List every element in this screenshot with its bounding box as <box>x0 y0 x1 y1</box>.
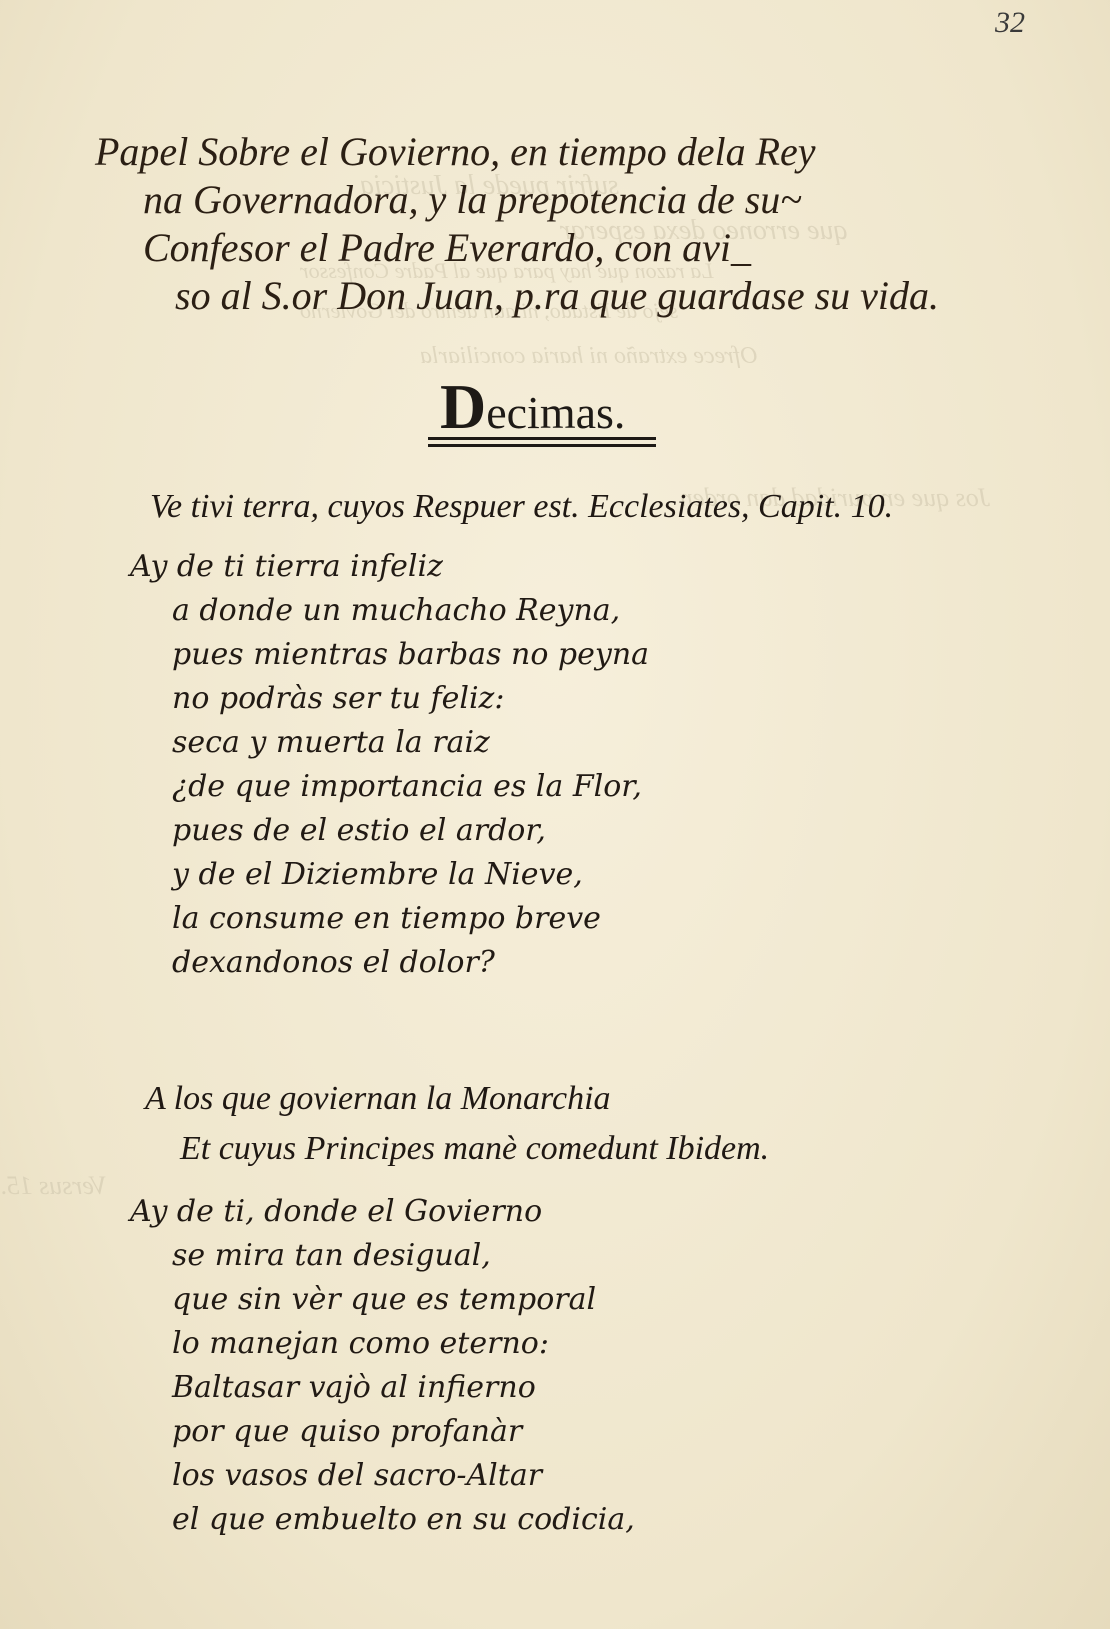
heading-double-underline <box>428 437 656 447</box>
verse-line: Ay de ti, donde el Govierno <box>130 1190 635 1234</box>
title-line: Papel Sobre el Govierno, en tiempo dela … <box>95 128 995 176</box>
verse-line: Ay de ti tierra infeliz <box>130 545 649 589</box>
verse-line: dexandonos el dolor? <box>172 941 649 985</box>
verse-line: Baltasar vajò al infierno <box>172 1366 635 1410</box>
stanza-2: Ay de ti, donde el Govierno se mira tan … <box>130 1190 635 1542</box>
interlude-line-1: A los que goviernan la Monarchia <box>145 1080 611 1118</box>
stanza-1: Ay de ti tierra infeliz a donde un mucha… <box>130 545 649 985</box>
title-line: na Governadora, y la prepotencia de su~ <box>95 176 995 224</box>
bleed-line: Versus 15. <box>0 1171 107 1200</box>
verse-line: ¿de que importancia es la Flor, <box>172 765 649 809</box>
page-number: 32 <box>995 6 1025 40</box>
verse-line: seca y muerta la raiz <box>172 721 649 765</box>
title-line: so al S.or Don Juan, p.ra que guardase s… <box>95 272 995 320</box>
heading-initial: D <box>440 371 486 442</box>
heading-text: ecimas. <box>486 387 625 438</box>
bleed-margin-note: Versus 15. <box>0 1120 133 1252</box>
verse-line: lo manejan como eterno: <box>172 1322 635 1366</box>
verse-line: y de el Diziembre la Nieve, <box>172 853 649 897</box>
verse-line: no podràs ser tu feliz: <box>172 677 649 721</box>
verse-line: por que quiso profanàr <box>172 1410 635 1454</box>
verse-line: que sin vèr que es temporal <box>172 1278 635 1322</box>
document-title: Papel Sobre el Govierno, en tiempo dela … <box>95 128 995 320</box>
verse-line: pues mientras barbas no peyna <box>172 633 649 677</box>
title-line: Confesor el Padre Everardo, con avi_ <box>95 224 995 272</box>
verse-line: pues de el estio el ardor, <box>172 809 649 853</box>
epigraph: Ve tivi terra, cuyos Respuer est. Eccles… <box>150 488 893 526</box>
verse-line: a donde un muchacho Reyna, <box>172 589 649 633</box>
verse-line: la consume en tiempo breve <box>172 897 649 941</box>
verse-line: el que embuelto en su codicia, <box>172 1498 635 1542</box>
section-heading: Decimas. <box>440 370 625 444</box>
verse-line: los vasos del sacro-Altar <box>172 1454 635 1498</box>
manuscript-page: sufrir puede la Justicia que erroneo dex… <box>0 0 1110 1629</box>
interlude-line-2: Et cuyus Principes manè comedunt Ibidem. <box>180 1130 769 1168</box>
bleed-line: Ofrece extraño ni haria conciliarla <box>420 343 758 369</box>
verse-line: se mira tan desigual, <box>172 1234 635 1278</box>
